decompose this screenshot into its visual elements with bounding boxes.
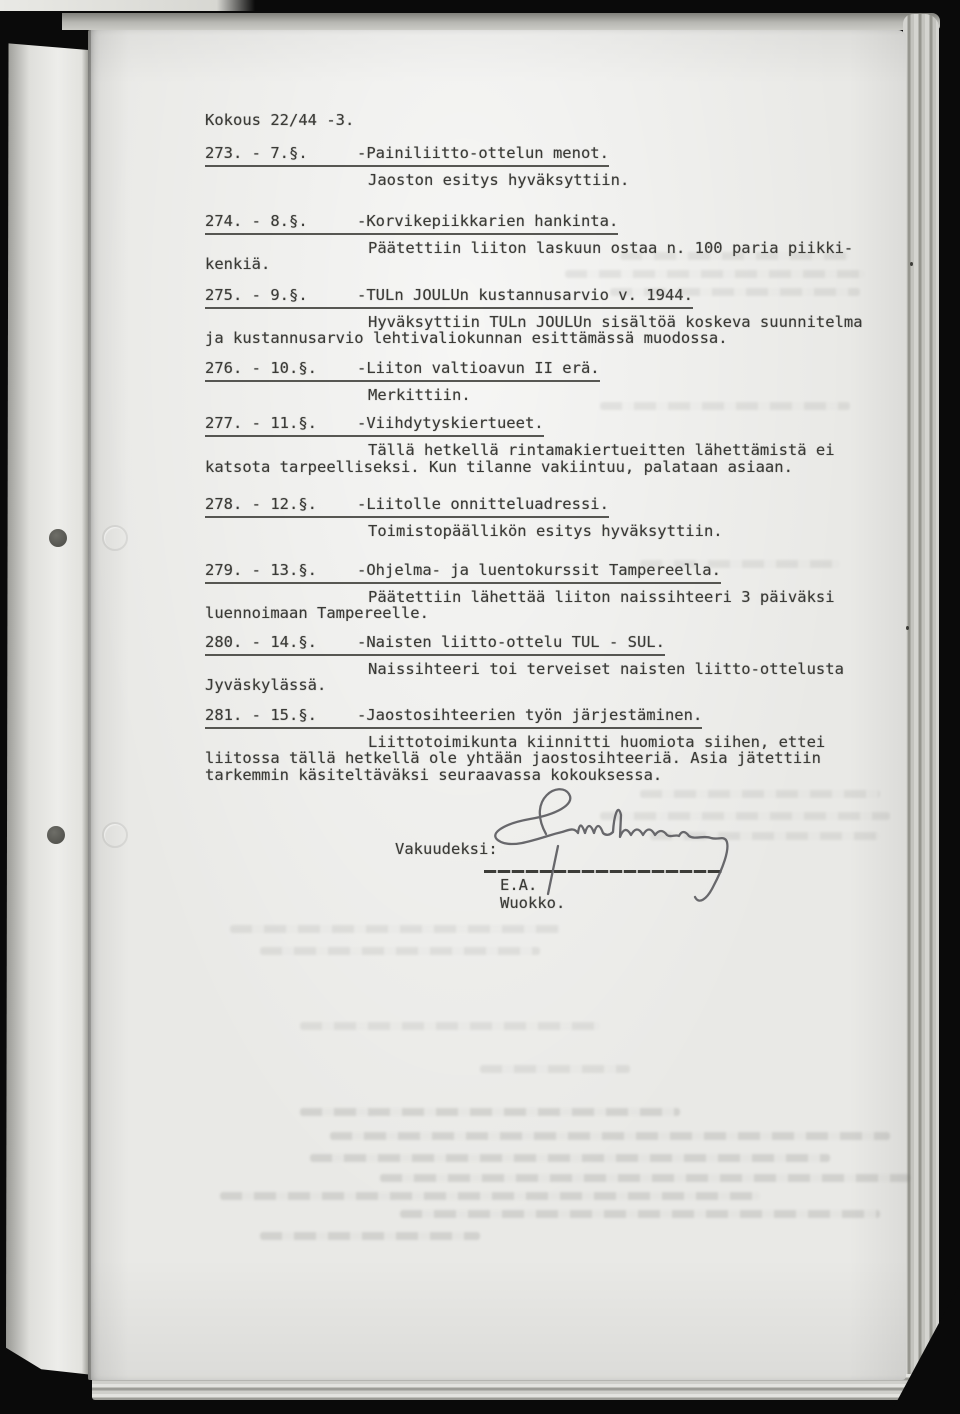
bleedthrough-line <box>330 1132 890 1140</box>
body-line: Naissihteeri toi terveiset naisten liitt… <box>205 661 895 678</box>
bleedthrough-line <box>400 1210 880 1218</box>
body-line: Päätettiin liiton laskuun ostaa n. 100 p… <box>205 240 895 257</box>
body-line: katsota tarpeelliseksi. Kun tilanne vaki… <box>205 459 895 476</box>
minutes-section: 273. - 7.§.-Painiliitto-ottelun menot. J… <box>205 145 895 189</box>
embossed-ring <box>102 525 128 551</box>
section-number: 274. - 8.§. <box>205 213 357 230</box>
body-line: ja kustannusarvio lehtivaliokunnan esitt… <box>205 330 895 347</box>
document-page: Kokous 22/44 -3. 273. - 7.§.-Painiliitto… <box>88 30 906 1380</box>
section-heading: 281. - 15.§.-Jaostosihteerien työn järje… <box>205 707 702 729</box>
section-title: -Korvikepiikkarien hankinta. <box>357 212 618 230</box>
section-number: 281. - 15.§. <box>205 707 357 724</box>
section-title: -Jaostosihteerien työn järjestäminen. <box>357 706 702 724</box>
body-line: Merkittiin. <box>205 387 895 404</box>
section-title: -Naisten liitto-ottelu TUL - SUL. <box>357 633 665 651</box>
body-line: Päätettiin lähettää liiton naissihteeri … <box>205 589 895 606</box>
section-title: -Painiliitto-ottelun menot. <box>357 144 609 162</box>
minutes-section: 276. - 10.§.-Liiton valtioavun II erä. M… <box>205 360 895 404</box>
section-heading: 274. - 8.§.-Korvikepiikkarien hankinta. <box>205 213 618 235</box>
body-line: Toimistopäällikön esitys hyväksyttiin. <box>205 523 895 540</box>
minutes-section: 279. - 13.§.-Ohjelma- ja luentokurssit T… <box>205 562 895 622</box>
section-number: 279. - 13.§. <box>205 562 357 579</box>
section-title: -Ohjelma- ja luentokurssit Tampereella. <box>357 561 721 579</box>
section-title: -Liitolle onnitteluadressi. <box>357 495 609 513</box>
body-line: Hyväksyttiin TULn JOULUn sisältöä koskev… <box>205 314 895 331</box>
section-title: -TULn JOULUn kustannusarvio v. 1944. <box>357 286 693 304</box>
minutes-section: 274. - 8.§.-Korvikepiikkarien hankinta. … <box>205 213 895 273</box>
bleedthrough-line <box>380 1174 910 1182</box>
paper-speck <box>910 262 913 266</box>
section-heading: 279. - 13.§.-Ohjelma- ja luentokurssit T… <box>205 562 721 584</box>
body-line: luennoimaan Tampereelle. <box>205 605 895 622</box>
page-title: Kokous 22/44 -3. <box>205 112 895 129</box>
binding-hole <box>47 826 65 844</box>
typewritten-content: Kokous 22/44 -3. 273. - 7.§.-Painiliitto… <box>205 110 895 783</box>
binding-hole <box>49 529 67 547</box>
bleedthrough-line <box>300 1022 600 1030</box>
body-line: Jyväskylässä. <box>205 677 895 694</box>
page-crease <box>88 30 91 1380</box>
section-number: 278. - 12.§. <box>205 496 357 513</box>
section-number: 277. - 11.§. <box>205 415 357 432</box>
bleedthrough-line <box>260 1232 480 1240</box>
body-line: kenkiä. <box>205 256 895 273</box>
previous-page-edge <box>6 38 90 1380</box>
body-line: Liittotoimikunta kiinnitti huomiota siih… <box>205 734 895 751</box>
section-heading: 273. - 7.§.-Painiliitto-ottelun menot. <box>205 145 609 167</box>
minutes-section: 277. - 11.§.-Viihdytyskiertueet. Tällä h… <box>205 415 895 475</box>
section-heading: 280. - 14.§.-Naisten liitto-ottelu TUL -… <box>205 634 665 656</box>
minutes-section: 275. - 9.§.-TULn JOULUn kustannusarvio v… <box>205 287 895 347</box>
bleedthrough-line <box>480 1065 630 1073</box>
body-line: liitossa tällä hetkellä ole yhtään jaost… <box>205 750 895 767</box>
section-number: 276. - 10.§. <box>205 360 357 377</box>
section-heading: 277. - 11.§.-Viihdytyskiertueet. <box>205 415 544 437</box>
minutes-section: 280. - 14.§.-Naisten liitto-ottelu TUL -… <box>205 634 895 694</box>
minutes-section: 278. - 12.§.-Liitolle onnitteluadressi. … <box>205 496 895 540</box>
top-page-sliver <box>0 0 255 11</box>
section-title: -Liiton valtioavun II erä. <box>357 359 600 377</box>
paper-speck <box>906 626 909 630</box>
section-number: 275. - 9.§. <box>205 287 357 304</box>
bleedthrough-line <box>220 1192 760 1200</box>
page-stack-right-edge <box>903 14 939 1398</box>
embossed-ring <box>102 822 128 848</box>
section-heading: 276. - 10.§.-Liiton valtioavun II erä. <box>205 360 600 382</box>
bleedthrough-line <box>300 1108 680 1116</box>
handwritten-signature-icon <box>468 772 748 942</box>
section-number: 273. - 7.§. <box>205 145 357 162</box>
scanned-book-photo: Kokous 22/44 -3. 273. - 7.§.-Painiliitto… <box>0 0 960 1414</box>
section-heading: 278. - 12.§.-Liitolle onnitteluadressi. <box>205 496 609 518</box>
body-line: Tällä hetkellä rintamakiertueitten lähet… <box>205 442 895 459</box>
section-title: -Viihdytyskiertueet. <box>357 414 544 432</box>
page-stack-top-edge <box>62 13 940 30</box>
body-line: Jaoston esitys hyväksyttiin. <box>205 172 895 189</box>
section-heading: 275. - 9.§.-TULn JOULUn kustannusarvio v… <box>205 287 693 309</box>
bleedthrough-line <box>260 947 540 955</box>
minutes-sections: 273. - 7.§.-Painiliitto-ottelun menot. J… <box>205 145 895 783</box>
bleedthrough-line <box>310 1154 830 1162</box>
section-number: 280. - 14.§. <box>205 634 357 651</box>
